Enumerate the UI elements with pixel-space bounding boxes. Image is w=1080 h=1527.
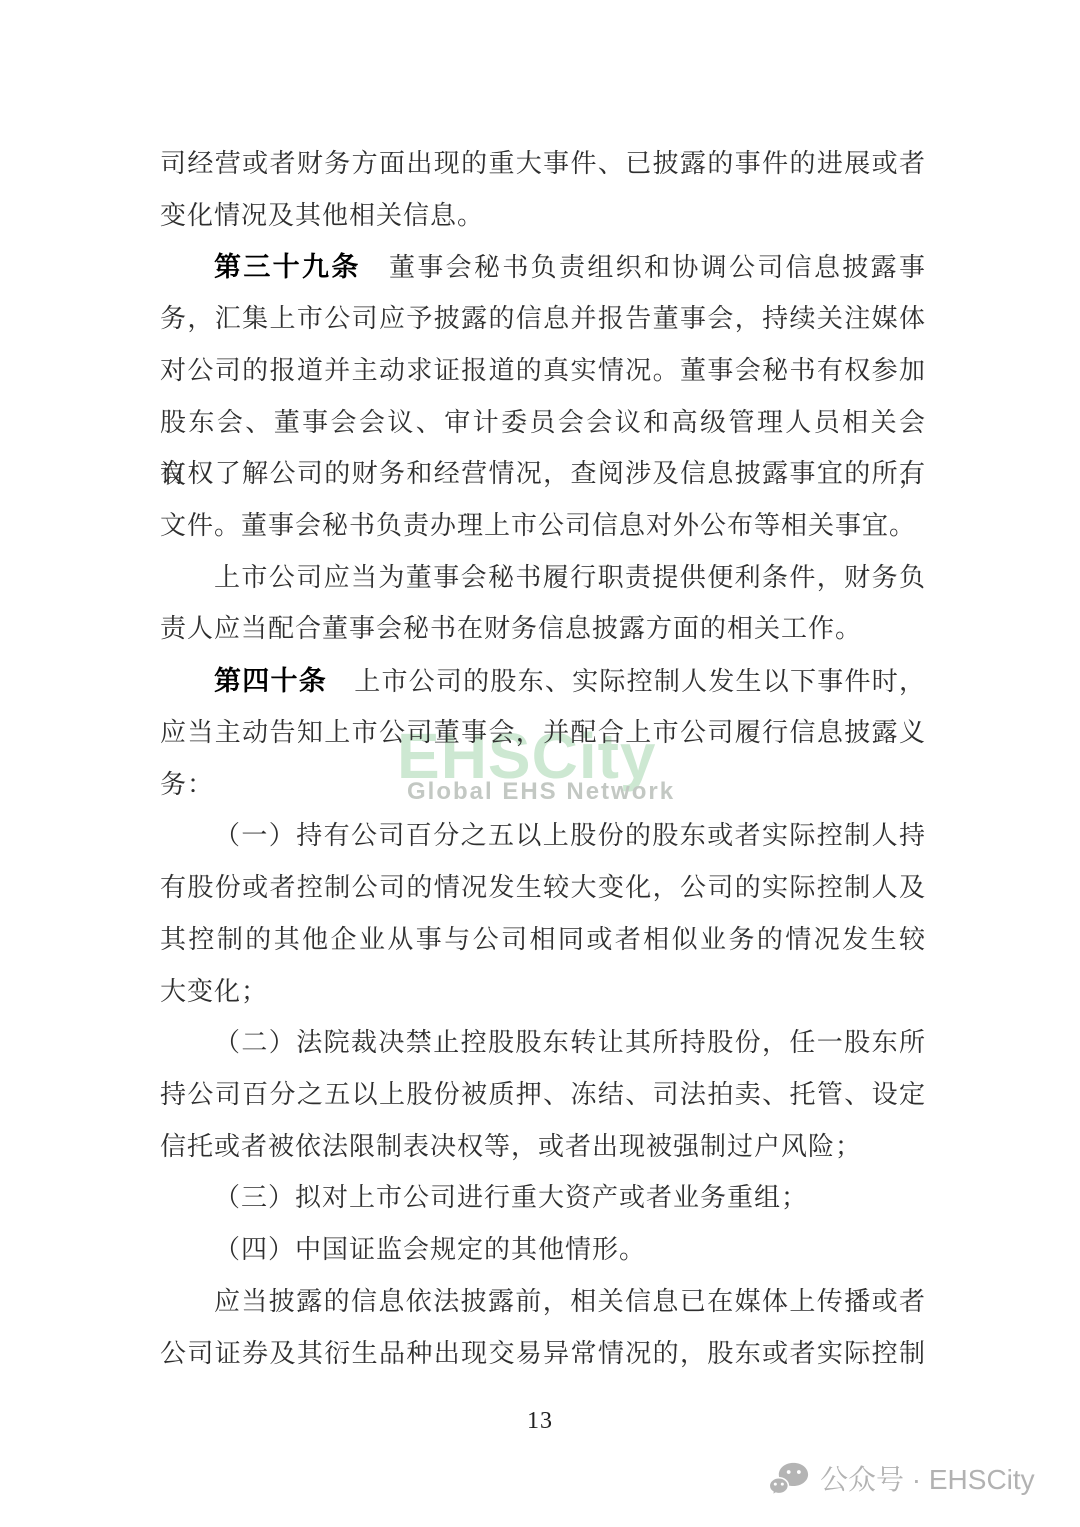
text-line: 责人应当配合董事会秘书在财务信息披露方面的相关工作。 <box>160 603 926 655</box>
text-line: 务： <box>160 759 926 811</box>
text-line: 司经营或者财务方面出现的重大事件、已披露的事件的进展或者 <box>160 138 926 190</box>
text-line: 第三十九条 董事会秘书负责组织和协调公司信息披露事 <box>214 241 926 294</box>
document-body: 司经营或者财务方面出现的重大事件、已披露的事件的进展或者变化情况及其他相关信息。… <box>160 138 926 1408</box>
text-line: （四）中国证监会规定的其他情形。 <box>214 1224 926 1276</box>
article-number: 第四十条 <box>214 666 327 696</box>
text-line: 公司证券及其衍生品种出现交易异常情况的，股东或者实际控制 <box>160 1328 926 1380</box>
text-line: 大变化； <box>160 966 926 1018</box>
footer-link[interactable]: 公众号 · EHSCity <box>768 1458 1035 1502</box>
text-line: （二）法院裁决禁止控股股东转让其所持股份，任一股东所 <box>214 1017 926 1069</box>
text-line: 文件。董事会秘书负责办理上市公司信息对外公布等相关事宜。 <box>160 500 926 552</box>
text-line: 信托或者被依法限制表决权等，或者出现被强制过户风险； <box>160 1121 926 1173</box>
text-line: 变化情况及其他相关信息。 <box>160 190 926 242</box>
text-line: 有股份或者控制公司的情况发生较大变化，公司的实际控制人及 <box>160 862 926 914</box>
document-page: EHSCity Global EHS Network 司经营或者财务方面出现的重… <box>0 0 1080 1527</box>
text-line: 对公司的报道并主动求证报道的真实情况。董事会秘书有权参加 <box>160 345 926 397</box>
text-line: 应当主动告知上市公司董事会，并配合上市公司履行信息披露义 <box>160 707 926 759</box>
footer-label: 公众号 · EHSCity <box>820 1458 1035 1502</box>
text-line: 第四十条 上市公司的股东、实际控制人发生以下事件时， <box>214 655 926 708</box>
text-line: 有权了解公司的财务和经营情况，查阅涉及信息披露事宜的所有 <box>160 448 926 500</box>
text-line: 持公司百分之五以上股份被质押、冻结、司法拍卖、托管、设定 <box>160 1069 926 1121</box>
text-line: （三）拟对上市公司进行重大资产或者业务重组； <box>214 1172 926 1224</box>
text-line: 其控制的其他企业从事与公司相同或者相似业务的情况发生较 <box>160 914 926 966</box>
wechat-icon <box>768 1461 810 1499</box>
text-line: （一）持有公司百分之五以上股份的股东或者实际控制人持 <box>214 810 926 862</box>
article-number: 第三十九条 <box>214 252 361 282</box>
page-number: 13 <box>0 1408 1080 1435</box>
text-line: 应当披露的信息依法披露前，相关信息已在媒体上传播或者 <box>214 1276 926 1328</box>
text-line: 上市公司应当为董事会秘书履行职责提供便利条件，财务负 <box>214 552 926 604</box>
text-line: 务，汇集上市公司应予披露的信息并报告董事会，持续关注媒体 <box>160 293 926 345</box>
